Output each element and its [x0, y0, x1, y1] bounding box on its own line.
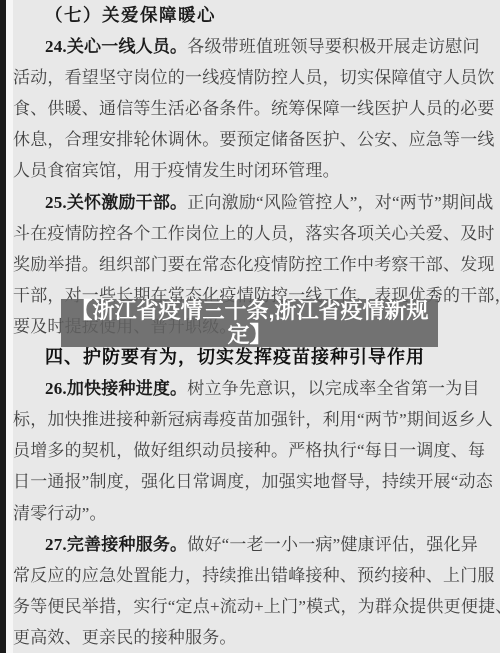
text-line: 标，加快推进接种新冠病毒疫苗加强针，利用“两节”期间返乡人 — [13, 404, 494, 435]
text-line: 日一通报”制度，强化日常调度，加强实地督导，持续开展“动态 — [13, 466, 494, 497]
caption-overlay-banner: 【浙江省疫情三十条,浙江省疫情新规定】 — [61, 299, 438, 347]
text-line: 斗在疫情防控各个工作岗位上的人员，落实各项关心关爱、及时 — [13, 218, 494, 249]
text-line: 员增多的契机，做好组织动员接种。严格执行“每日一调度、每 — [13, 435, 494, 466]
text-line: 食、供暖、通信等生活必备条件。统筹保障一线医护人员的必要 — [13, 93, 494, 124]
text-line: 27.完善接种服务。做好“一老一小一病”健康评估，强化异 — [13, 529, 494, 560]
text-line: 奖励举措。组织部门要在常态化疫情防控工作中考察干部、发现 — [13, 249, 494, 280]
text-line: 人员食宿宾馆，用于疫情发生时闭环管理。 — [13, 155, 494, 186]
paragraph-lead: 26.加快接种进度。 — [45, 379, 187, 398]
paragraph-lead: 24.关心一线人员。 — [45, 37, 187, 56]
text-line: 24.关心一线人员。各级带班值班领导要积极开展走访慰问 — [13, 31, 494, 62]
text-line: 25.关怀激励干部。正向激励“风险管控人”，对“两节”期间战 — [13, 187, 494, 218]
paragraph-lead: 27.完善接种服务。 — [45, 535, 187, 554]
text-line: 休息，合理安排轮休调休。要预定储备医护、公安、应急等一线 — [13, 124, 494, 155]
text-line: 活动，看望坚守岗位的一线疫情防控人员，切实保障值守人员饮 — [13, 62, 494, 93]
caption-overlay-text: 【浙江省疫情三十条,浙江省疫情新规定】 — [61, 299, 438, 347]
text-line: （七）关爱保障暖心 — [13, 0, 494, 31]
text-line: 清零行动”。 — [13, 498, 494, 529]
text-line: 26.加快接种进度。树立争先意识，以完成率全省第一为目 — [13, 373, 494, 404]
document-page: （七）关爱保障暖心24.关心一线人员。各级带班值班领导要积极开展走访慰问活动，看… — [0, 0, 500, 653]
text-line: 常反应的应急处置能力，持续推出错峰接种、预约接种、上门服 — [13, 560, 494, 591]
text-line: 务等便民举措，实行“定点+流动+上门”模式，为群众提供更便捷、 — [13, 591, 494, 622]
paragraph-lead: 25.关怀激励干部。 — [45, 193, 187, 212]
page-left-margin — [6, 0, 13, 653]
text-line: 更高效、更亲民的接种服务。 — [13, 622, 494, 653]
